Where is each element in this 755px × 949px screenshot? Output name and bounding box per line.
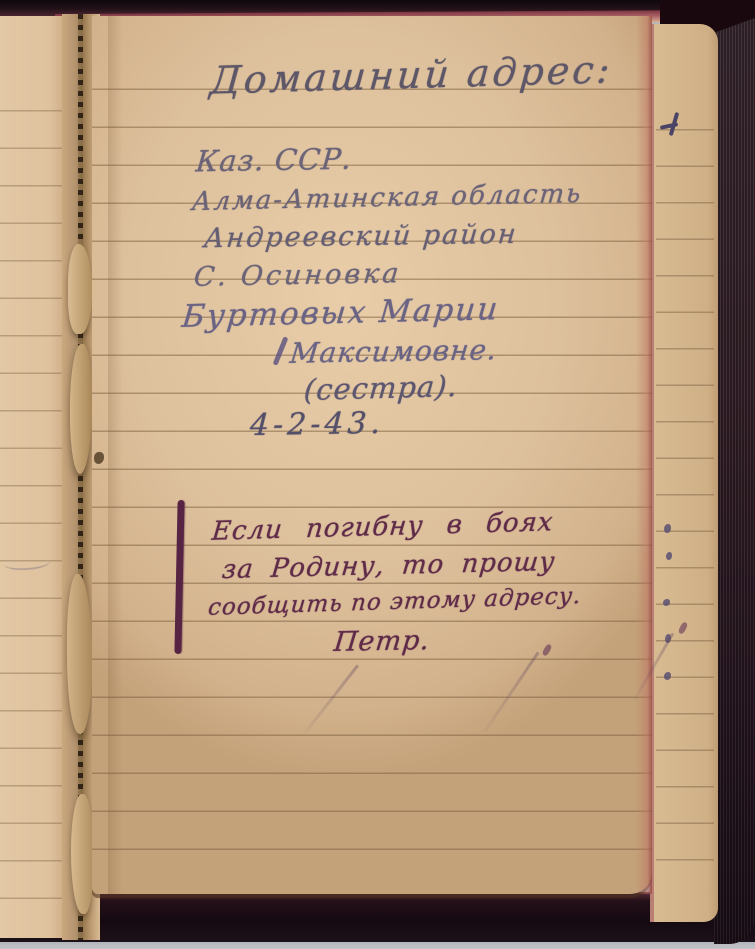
signature: Петр.: [333, 627, 432, 656]
address-line-name: Буртовых Марии: [181, 294, 501, 333]
torn-paper-fragment: [71, 794, 93, 914]
notebook-cover-bottom: [0, 892, 755, 942]
torn-paper-fragment: [70, 344, 92, 474]
date-line: 4-2-43.: [249, 409, 385, 441]
main-page: Домашний адрес: Каз. ССР. Алма-Атинская …: [92, 16, 652, 894]
under-page-ruled-lines: [656, 94, 714, 894]
page-title: Домашний адрес:: [209, 50, 614, 99]
address-line-oblast: Алма-Атинская область: [191, 181, 583, 215]
torn-paper-fragment: [67, 574, 92, 734]
notebook-cover-right: [714, 0, 755, 944]
left-page-ruled-lines: [0, 74, 70, 914]
address-line-village: С. Осиновка: [193, 260, 403, 291]
address-line-relation: (сестра).: [303, 372, 459, 405]
ruled-lines: [92, 52, 652, 878]
left-page-sliver: [0, 16, 70, 938]
notebook-photo: Домашний адрес: Каз. ССР. Алма-Атинская …: [0, 0, 755, 949]
address-line-district: Андреевский район: [203, 221, 519, 252]
note-line: за Родину, то прошу: [221, 549, 557, 583]
ink-bleed-mark: [660, 112, 682, 138]
under-page-edge: [650, 24, 718, 922]
address-line-patronymic: Максимовне.: [289, 336, 499, 368]
torn-paper-fragment: [68, 244, 92, 334]
page-edge-red-right: [636, 16, 652, 894]
address-line-republic: Каз. ССР.: [195, 145, 354, 177]
page-crease-shadow: [108, 16, 126, 894]
